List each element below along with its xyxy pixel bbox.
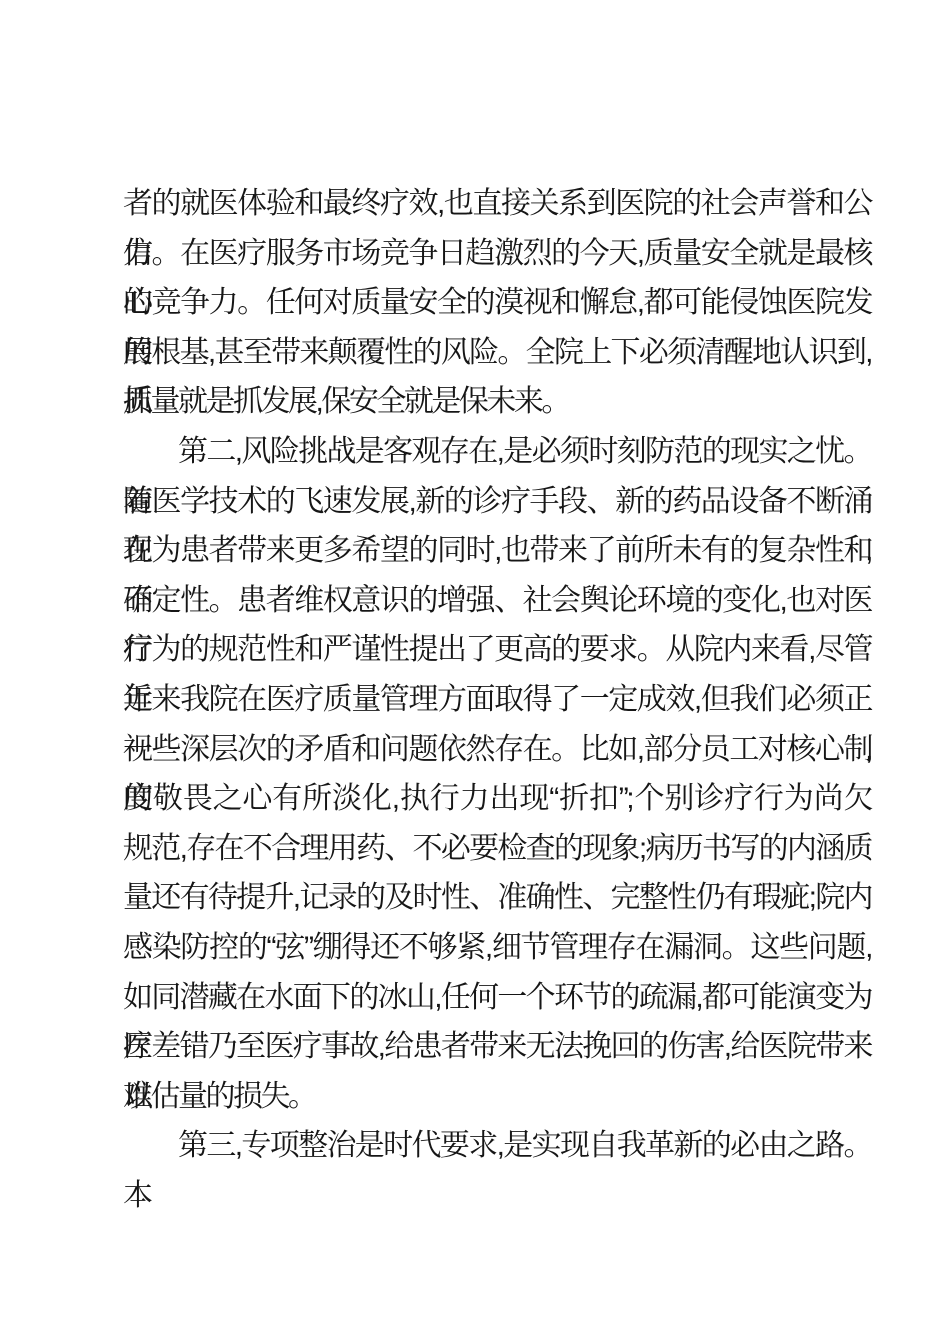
text-line: 在为患者带来更多希望的同时,也带来了前所未有的复杂性和不 (123, 526, 871, 576)
text-line: 行为的规范性和严谨性提出了更高的要求。从院内来看,尽管近 (123, 625, 871, 675)
text-line: 的敬畏之心有所淡化,执行力出现“折扣”;个别诊疗行为尚欠 (123, 774, 871, 824)
text-line: 第三,专项整治是时代要求,是实现自我革新的必由之路。本 (123, 1121, 871, 1171)
text-line: 的根基,甚至带来颠覆性的风险。全院上下必须清醒地认识到,抓 (123, 328, 871, 378)
text-line: 规范,存在不合理用药、不必要检查的现象;病历书写的内涵质 (123, 824, 871, 874)
text-line: 着医学技术的飞速发展,新的诊疗手段、新的药品设备不断涌现, (123, 477, 871, 527)
paragraph-second-risk-challenges: 第二,风险挑战是客观存在,是必须时刻防范的现实之忧。随着医学技术的飞速发展,新的… (123, 427, 871, 1121)
text-line: 感染防控的“弦”绷得还不够紧,细节管理存在漏洞。这些问题, (123, 923, 871, 973)
text-line: 一些深层次的矛盾和问题依然存在。比如,部分员工对核心制度 (123, 725, 871, 775)
text-line: 者的就医体验和最终疗效,也直接关系到医院的社会声誉和公信 (123, 179, 871, 229)
text-line: 如同潜藏在水面下的冰山,任何一个环节的疏漏,都可能演变为医 (123, 973, 871, 1023)
text-line: 质量就是抓发展,保安全就是保未来。 (123, 377, 871, 427)
text-body: 者的就医体验和最终疗效,也直接关系到医院的社会声誉和公信力。在医疗服务市场竞争日… (123, 179, 871, 1171)
text-line: 以估量的损失。 (123, 1072, 871, 1122)
text-line: 力。在医疗服务市场竞争日趋激烈的今天,质量安全就是最核心 (123, 229, 871, 279)
document-page: 者的就医体验和最终疗效,也直接关系到医院的社会声誉和公信力。在医疗服务市场竞争日… (0, 0, 950, 1344)
text-line: 的竞争力。任何对质量安全的漠视和懈怠,都可能侵蚀医院发展 (123, 278, 871, 328)
text-line: 年来我院在医疗质量管理方面取得了一定成效,但我们必须正视, (123, 675, 871, 725)
text-line: 量还有待提升,记录的及时性、准确性、完整性仍有瑕疵;院内 (123, 873, 871, 923)
text-line: 确定性。患者维权意识的增强、社会舆论环境的变化,也对医疗 (123, 576, 871, 626)
paragraph-quality-is-core: 者的就医体验和最终疗效,也直接关系到医院的社会声誉和公信力。在医疗服务市场竞争日… (123, 179, 871, 427)
text-line: 第二,风险挑战是客观存在,是必须时刻防范的现实之忧。随 (123, 427, 871, 477)
paragraph-third-special-rectification: 第三,专项整治是时代要求,是实现自我革新的必由之路。本 (123, 1121, 871, 1171)
text-line: 疗差错乃至医疗事故,给患者带来无法挽回的伤害,给医院带来难 (123, 1022, 871, 1072)
